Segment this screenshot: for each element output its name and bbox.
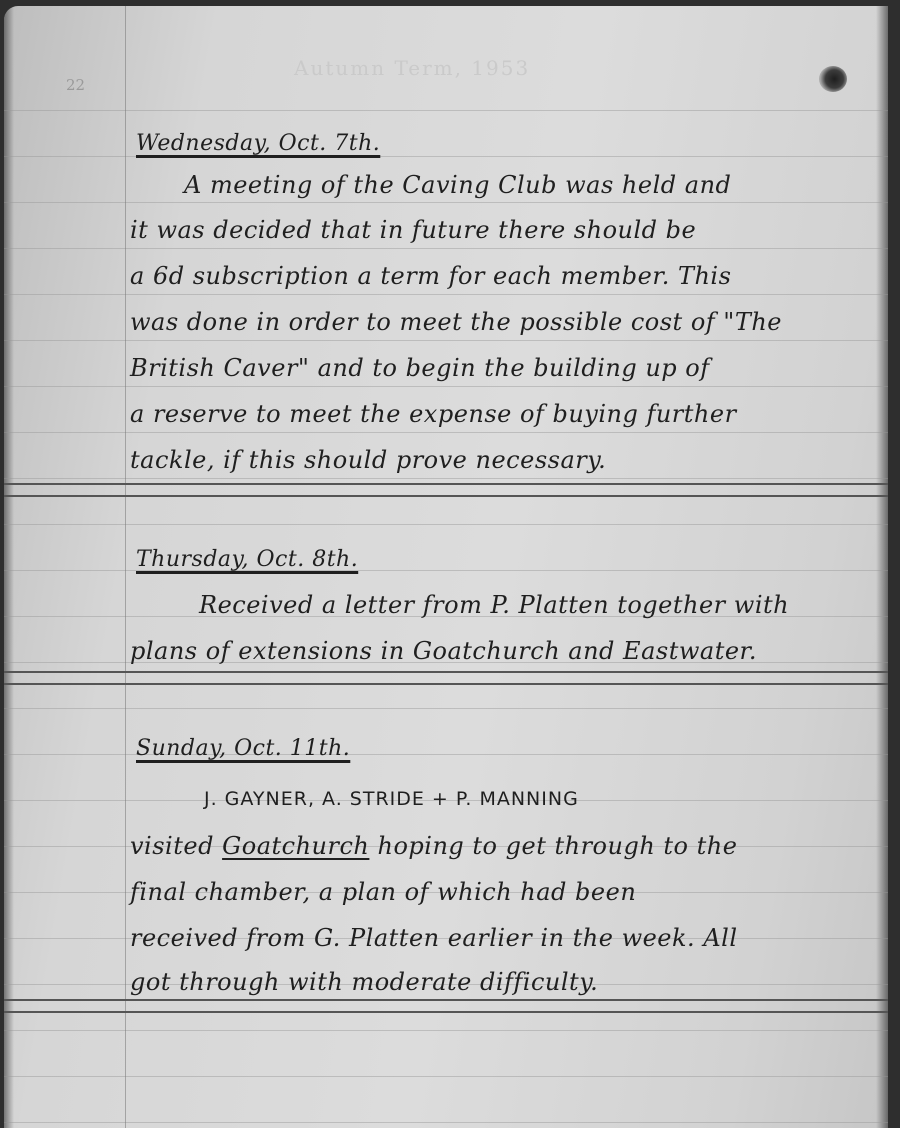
entry-divider <box>4 999 888 1013</box>
ruled-line <box>4 478 888 479</box>
entry-date: Thursday, Oct. 8th. <box>136 547 358 572</box>
ruled-line <box>4 1030 888 1031</box>
entry-names: J. GAYNER, A. STRIDE + P. MANNING <box>204 788 579 810</box>
entry-line: British Caver" and to begin the building… <box>130 354 710 382</box>
page-left-edge-shadow <box>4 6 14 1128</box>
ruled-line <box>4 524 888 525</box>
ruled-line <box>4 432 888 433</box>
entry-line: got through with moderate difficulty. <box>130 968 598 996</box>
faint-page-header: Autumn Term, 1953 <box>294 56 530 80</box>
entry-line: tackle, if this should prove necessary. <box>130 446 606 474</box>
ruled-line <box>4 386 888 387</box>
entry-line: A meeting of the Caving Club was held an… <box>184 171 731 199</box>
entry-line: plans of extensions in Goatchurch and Ea… <box>130 637 757 665</box>
entry-line: received from G. Platten earlier in the … <box>130 924 738 952</box>
ruled-line <box>4 248 888 249</box>
entry-date: Wednesday, Oct. 7th. <box>136 131 380 156</box>
ruled-line <box>4 294 888 295</box>
entry-line: Received a letter from P. Platten togeth… <box>199 591 789 619</box>
ruled-line <box>4 340 888 341</box>
entry-line-text: hoping to get through to the <box>369 832 737 860</box>
diary-page: 22 Autumn Term, 1953 Wednesday, Oct. 7th… <box>4 6 888 1128</box>
margin-line <box>125 6 126 1128</box>
entry-line-text: visited <box>130 832 222 860</box>
entry-line: was done in order to meet the possible c… <box>130 308 782 336</box>
ruled-line <box>4 1076 888 1077</box>
page-right-edge-shadow <box>876 6 888 1128</box>
entry-line: visited Goatchurch hoping to get through… <box>130 832 737 860</box>
page-number: 22 <box>66 76 85 94</box>
ruled-line <box>4 1122 888 1123</box>
entry-date: Sunday, Oct. 11th. <box>136 736 350 761</box>
entry-divider <box>4 671 888 685</box>
entry-line: a reserve to meet the expense of buying … <box>130 400 737 428</box>
entry-line: a 6d subscription a term for each member… <box>130 262 731 290</box>
ink-blot-hole <box>819 66 847 92</box>
ruled-line <box>4 202 888 203</box>
ruled-line <box>4 156 888 157</box>
entry-divider <box>4 483 888 497</box>
entry-line: it was decided that in future there shou… <box>130 216 696 244</box>
ruled-line <box>4 110 888 111</box>
ruled-line <box>4 708 888 709</box>
entry-line: final chamber, a plan of which had been <box>130 878 636 906</box>
underlined-place-name: Goatchurch <box>222 832 369 860</box>
